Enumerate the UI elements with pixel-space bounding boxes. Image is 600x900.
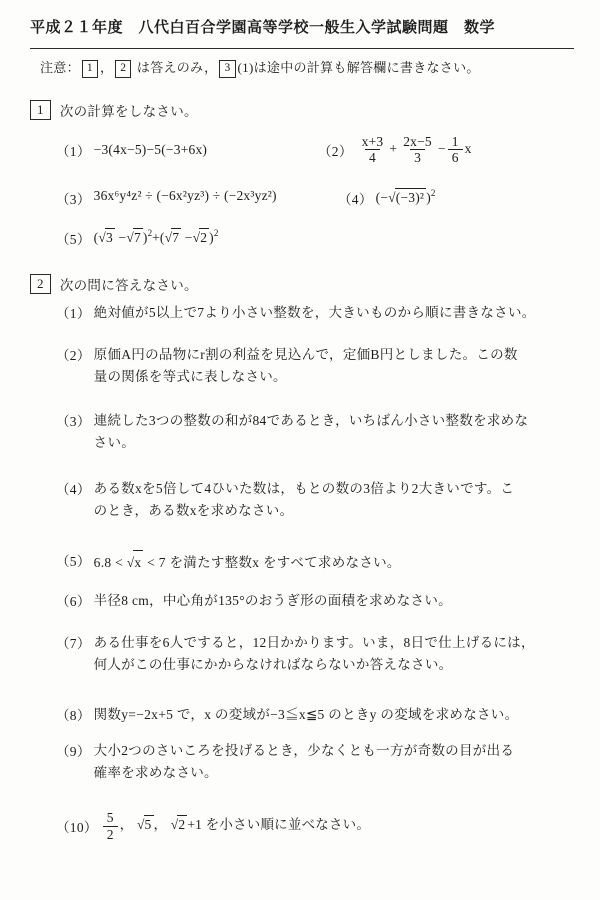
math-expression: −3(4x−5)−5(−3+6x)	[94, 142, 207, 158]
operator: +	[152, 230, 160, 245]
operator: +	[389, 141, 397, 156]
page-title: 平成２１年度 八代白百合学園高等学校一般生入学試験問題 数学	[30, 14, 574, 37]
question-1-5: （5） (√3 −√7)2+(√7 −√2)2	[56, 228, 218, 248]
math-post: < 7 を満たす整数x をすべて求めなさい。	[143, 555, 400, 570]
paren: (−	[376, 190, 389, 205]
radicand: 2	[177, 815, 187, 833]
question-number: （4）	[338, 188, 373, 208]
radicand: 5	[144, 815, 154, 833]
question-number: （10）	[56, 816, 98, 836]
section1-row-2: （3） 36x⁶y⁴z² ÷ (−6x²yz³) ÷ (−2x³yz²) （4）…	[56, 188, 574, 208]
notice-boxed-number-3: 3	[219, 60, 235, 78]
section-2-header: 2 次の問に答えなさい。	[30, 274, 574, 294]
section-1: 1 次の計算をしなさい。 （1） −3(4x−5)−5(−3+6x) （2） x…	[30, 100, 574, 248]
math-expression: 52， √5， √2+1 を小さい順に並べなさい。	[101, 810, 370, 842]
variable: x	[465, 141, 472, 156]
radicand: (−3)²	[395, 188, 426, 206]
math-expression: (√3 −√7)2+(√7 −√2)2	[94, 228, 219, 246]
section-2-heading: 次の問に答えなさい。	[60, 274, 198, 294]
question-line: さい。	[94, 432, 529, 454]
radicand: x	[133, 550, 143, 574]
question-2-4: （4） ある数xを5倍して4ひいた数は，もとの数の3倍より2大きいです。こ のと…	[56, 478, 574, 522]
question-1-4: （4） (−√(−3)²)2	[338, 188, 435, 208]
question-number: （5）	[56, 550, 91, 570]
question-1-2: （2） x+34+2x−53−16x	[318, 134, 472, 166]
question-2-8: （8） 関数y=−2x+5 で，x の変域が−3≦x≦5 のときy の変域を求め…	[56, 704, 574, 726]
comma: ，	[120, 817, 134, 832]
operator: −	[119, 230, 127, 245]
fraction-numerator: x+3	[358, 134, 388, 150]
question-number: （1）	[56, 302, 91, 322]
section1-row-1: （1） −3(4x−5)−5(−3+6x) （2） x+34+2x−53−16x	[56, 134, 574, 166]
question-line: 何人がこの仕事にかからなければならないか答えなさい。	[94, 654, 535, 676]
question-number: （7）	[56, 632, 91, 652]
notice-boxed-number-2: 2	[115, 60, 131, 78]
notice-mid: は答えのみ，	[133, 60, 217, 75]
square-root: √x	[127, 550, 144, 574]
question-line: ある数xを5倍して4ひいた数は，もとの数の3倍より2大きいです。こ	[94, 478, 515, 500]
question-number: （8）	[56, 704, 91, 724]
math-tail: +1 を小さい順に並べなさい。	[187, 817, 370, 832]
question-line: ある仕事を6人ですると，12日かかります。いま，8日で仕上げるには，	[94, 632, 535, 654]
question-text: 連続した3つの整数の和が84であるとき，いちばん小さい整数を求めな さい。	[94, 410, 529, 454]
exam-page: 平成２１年度 八代白百合学園高等学校一般生入学試験問題 数学 注意：1，2 は答…	[0, 0, 600, 900]
question-2-2: （2） 原価A円の品物にr割の利益を見込んで，定価B円としました。この数 量の関…	[56, 344, 574, 388]
notice-comma: ，	[100, 60, 113, 75]
question-2-7: （7） ある仕事を6人ですると，12日かかります。いま，8日で仕上げるには， 何…	[56, 632, 574, 676]
exponent: 2	[431, 188, 436, 198]
question-1-3: （3） 36x⁶y⁴z² ÷ (−6x²yz³) ÷ (−2x³yz²)	[56, 188, 338, 208]
question-number: （2）	[318, 140, 353, 160]
question-text: ある仕事を6人ですると，12日かかります。いま，8日で仕上げるには， 何人がこの…	[94, 632, 535, 676]
question-number: （5）	[56, 228, 91, 248]
section-1-number-box: 1	[30, 100, 51, 120]
question-number: （3）	[56, 410, 91, 430]
fraction: 52	[103, 810, 118, 842]
section-2-number-box: 2	[30, 274, 51, 294]
question-number: （6）	[56, 590, 91, 610]
question-line: のとき，ある数xを求めなさい。	[94, 500, 515, 522]
question-text: 半径8 cm，中心角が135°のおうぎ形の面積を求めなさい。	[94, 590, 452, 612]
question-line: 大小2つのさいころを投げるとき，少なくとも一方が奇数の目が出る	[94, 740, 515, 762]
fraction: 16	[448, 134, 463, 166]
operator: −	[438, 141, 446, 156]
section-2: 2 次の問に答えなさい。 （1） 絶対値が5以上で7より小さい整数を，大きいもの…	[30, 274, 574, 842]
exam-notice: 注意：1，2 は答えのみ，3(1)は途中の計算も解答欄に書きなさい。	[30, 57, 574, 78]
question-number: （2）	[56, 344, 91, 364]
question-line: 量の関係を等式に表しなさい。	[94, 366, 518, 388]
question-text: 大小2つのさいころを投げるとき，少なくとも一方が奇数の目が出る 確率を求めなさい…	[94, 740, 515, 784]
question-text: 原価A円の品物にr割の利益を見込んで，定価B円としました。この数 量の関係を等式…	[94, 344, 518, 388]
notice-prefix: 注意：	[40, 60, 80, 75]
notice-suffix: (1)は途中の計算も解答欄に書きなさい。	[238, 60, 480, 75]
title-divider	[30, 48, 574, 49]
fraction: 2x−53	[399, 134, 436, 166]
square-root: √(−3)²	[388, 188, 426, 206]
section-2-body: （1） 絶対値が5以上で7より小さい整数を，大きいものから順に書きなさい。 （2…	[30, 302, 574, 842]
section-1-header: 1 次の計算をしなさい。	[30, 100, 574, 120]
comma: ，	[154, 817, 168, 832]
math-expression: x+34+2x−53−16x	[356, 134, 472, 166]
square-root: √7	[126, 228, 143, 246]
question-2-5: （5） 6.8 < √x < 7 を満たす整数x をすべて求めなさい。	[56, 550, 574, 574]
fraction: x+34	[358, 134, 388, 166]
question-2-10: （10） 52， √5， √2+1 を小さい順に並べなさい。	[56, 810, 574, 842]
exponent: 2	[214, 228, 219, 238]
fraction-numerator: 1	[448, 134, 463, 150]
question-2-9: （9） 大小2つのさいころを投げるとき，少なくとも一方が奇数の目が出る 確率を求…	[56, 740, 574, 784]
fraction-denominator: 3	[410, 149, 425, 166]
fraction-numerator: 2x−5	[399, 134, 436, 150]
square-root: √3	[98, 228, 115, 246]
fraction-denominator: 2	[103, 826, 118, 843]
question-number: （9）	[56, 740, 91, 760]
operator: −	[185, 230, 193, 245]
question-text: 関数y=−2x+5 で，x の変域が−3≦x≦5 のときy の変域を求めなさい。	[94, 704, 519, 726]
square-root: √5	[137, 815, 154, 833]
section1-row-3: （5） (√3 −√7)2+(√7 −√2)2	[56, 228, 574, 248]
question-text: ある数xを5倍して4ひいた数は，もとの数の3倍より2大きいです。こ のとき，ある…	[94, 478, 515, 522]
math-expression: (−√(−3)²)2	[376, 188, 436, 206]
square-root: √7	[165, 228, 182, 246]
fraction-numerator: 5	[103, 810, 118, 826]
question-number: （1）	[56, 140, 91, 160]
question-number: （4）	[56, 478, 91, 498]
radicand: 2	[199, 228, 209, 246]
square-root: √2	[171, 815, 188, 833]
math-expression: 36x⁶y⁴z² ÷ (−6x²yz³) ÷ (−2x³yz²)	[94, 188, 277, 204]
question-line: 原価A円の品物にr割の利益を見込んで，定価B円としました。この数	[94, 344, 518, 366]
question-2-6: （6） 半径8 cm，中心角が135°のおうぎ形の面積を求めなさい。	[56, 590, 574, 612]
square-root: √2	[193, 228, 210, 246]
question-2-1: （1） 絶対値が5以上で7より小さい整数を，大きいものから順に書きなさい。	[56, 302, 574, 324]
radicand: 7	[133, 228, 143, 246]
math-pre: 6.8 <	[94, 555, 127, 570]
fraction-denominator: 4	[365, 149, 380, 166]
question-2-3: （3） 連続した3つの整数の和が84であるとき，いちばん小さい整数を求めな さい…	[56, 410, 574, 454]
question-line: 確率を求めなさい。	[94, 762, 515, 784]
section-1-body: （1） −3(4x−5)−5(−3+6x) （2） x+34+2x−53−16x…	[30, 134, 574, 248]
question-1-1: （1） −3(4x−5)−5(−3+6x)	[56, 134, 318, 166]
question-text: 絶対値が5以上で7より小さい整数を，大きいものから順に書きなさい。	[94, 302, 536, 324]
section-1-heading: 次の計算をしなさい。	[60, 100, 198, 120]
fraction-denominator: 6	[448, 149, 463, 166]
notice-boxed-number-1: 1	[82, 60, 98, 78]
question-text: 6.8 < √x < 7 を満たす整数x をすべて求めなさい。	[94, 550, 401, 574]
question-number: （3）	[56, 188, 91, 208]
radicand: 7	[171, 228, 181, 246]
radicand: 3	[105, 228, 115, 246]
question-line: 連続した3つの整数の和が84であるとき，いちばん小さい整数を求めな	[94, 410, 529, 432]
